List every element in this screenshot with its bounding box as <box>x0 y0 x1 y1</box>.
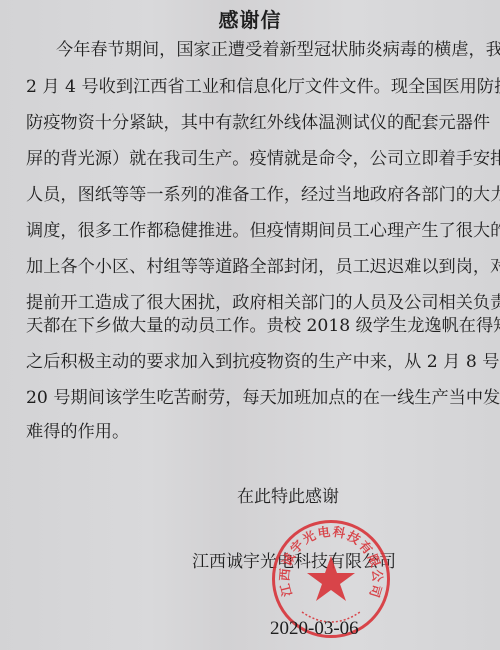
body-line: 提前开工造成了很大困扰，政府相关部门的人员及公司相关负责人每 <box>26 291 474 315</box>
closing-text: 在此特此感谢 <box>237 482 339 507</box>
body-line: 防疫物资十分紧缺，其中有款红外线体温测试仪的配套元器件（显示 <box>26 111 474 135</box>
letter-date: 2020-03-06 <box>270 618 359 640</box>
body-line: 加上各个小区、村组等等道路全部封闭，员工迟迟难以到岗，对公司 <box>26 255 474 279</box>
body-line: 调度，很多工作都稳健推进。但疫情期间员工心理产生了很大的恐惧， <box>26 219 474 243</box>
body-line: 屏的背光源）就在我司生产。疫情就是命令，公司立即着手安排物料， <box>26 147 474 171</box>
body-line: 2 月 4 号收到江西省工业和信息化厅文件文件。现全国医用防护品等 <box>26 75 474 99</box>
body-line: 人员，图纸等等一系列的准备工作，经过当地政府各部门的大力协助 <box>26 183 474 207</box>
body-line: 天都在下乡做大量的动员工作。贵校 2018 级学生龙逸帆在得知情况 <box>26 314 474 338</box>
body-line: 今年春节期间，国家正遭受着新型冠状肺炎病毒的横虐，我司在 <box>56 38 474 62</box>
body-line: 之后积极主动的要求加入到抗疫物资的生产中来，从 2 月 8 号至 2 月 <box>26 350 474 374</box>
body-line: 20 号期间该学生吃苦耐劳，每天加班加点的在一线生产当中发挥了 <box>26 386 474 410</box>
letter-title: 感谢信 <box>0 4 500 33</box>
body-line: 难得的作用。 <box>26 420 474 444</box>
